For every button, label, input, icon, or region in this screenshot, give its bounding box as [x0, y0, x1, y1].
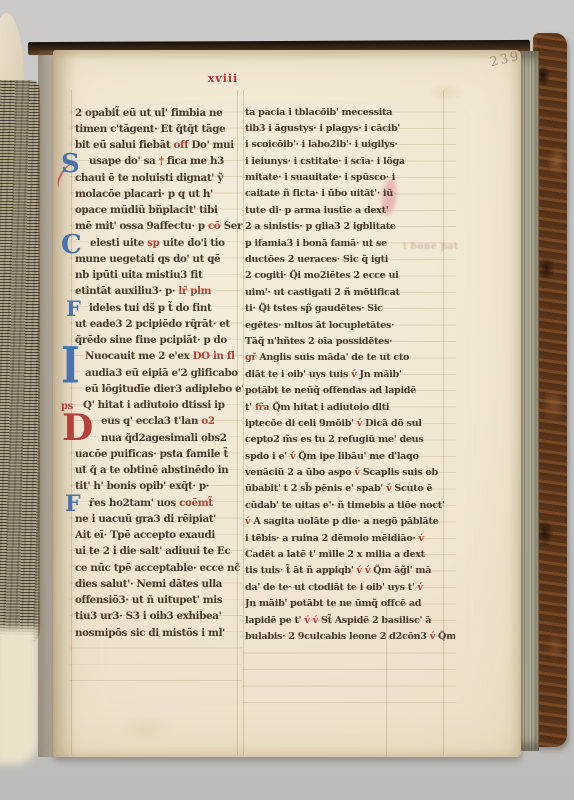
decorated-initial: F — [66, 298, 81, 319]
left-page-bottom-blur — [0, 628, 38, 764]
text-line: gr̃ Anglis suis māda' de te ut cto — [245, 350, 455, 366]
text-line: 2 opabit̃ eū ut ul' fimbia ne — [75, 105, 243, 121]
text-line: ne i uacuū gra3 di rēipiat' — [75, 511, 243, 527]
text-line: i tēbis· a ruina 2 dēmoio mēidiāo· v́ — [245, 531, 455, 547]
text-line: timen c'tāgent· Et q̃tq̃t tāge — [75, 121, 243, 137]
text-line: Tāq̃ n'hñtes 2 oīa possidētes· — [245, 334, 455, 350]
text-line: ce nūc tpē acceptable· ecce nc̃ — [75, 560, 243, 576]
page-heading: xviii — [183, 73, 263, 85]
text-line: nua q̃d2agesimali obs2 — [75, 430, 243, 446]
text-line: molacōe placari· p q ut h' — [75, 186, 243, 202]
ruling-line-vertical — [243, 90, 244, 755]
text-line: ideles tui ds̃ p t̃ do fint — [75, 300, 243, 316]
decorated-initial: I — [61, 341, 79, 391]
text-line: 2 cogiti· Q̃i mo2iētes 2 ecce ui — [245, 268, 455, 284]
text-line: opace mūdiū bñplacit' tibi — [75, 202, 243, 218]
text-line: Cadēt a latē t' mille 2 x milia a dext — [245, 547, 455, 563]
text-line: i ieiunys· i cstitate· i scīa· i lōga — [245, 154, 455, 170]
text-line: da' de te· ut ctodiāt te i oib' uys t' v… — [245, 580, 455, 596]
text-line: tis tuis· t̃ āt ñ appiqb' v́ v́ Q̃m āg̃l… — [245, 563, 455, 579]
text-line: ti· Q̃i tstes sp̃ gaudētes· Sic — [245, 301, 455, 317]
text-line: tute di· p arma iustīe a dext' — [245, 203, 455, 219]
text-line: bit eū salui fiebāt off Do' mui — [75, 137, 243, 153]
text-line: usape do' sa † fica me h3 — [75, 153, 243, 169]
text-line: 2 a sinistis· p glia3 2 igblitate — [245, 219, 455, 235]
text-line: ūbabit' t 2 sb̃ pēnis e' spab' v́ Scuto … — [245, 481, 455, 497]
text-line: nb ipūti uita mistiu3 fit — [75, 267, 243, 283]
text-line: spdo i e' v́ Q̃m ipe libāu' me d'laqo — [245, 449, 455, 465]
folio-number: 239 — [489, 50, 522, 71]
text-line: tiu3 ur3· S3 i oib3 exhibea' — [75, 608, 243, 624]
text-line: potābt te neūq̃ offendas ad lapidē — [245, 383, 455, 399]
text-line: r̃es ho2tam' uos coēmt̃ — [75, 495, 243, 511]
text-line: cūdab' te uitas e'· ñ timebis a tiōe noc… — [245, 498, 455, 514]
text-line: offensiō3· ut ñ uitupet' mis — [75, 592, 243, 608]
text-line: caitate ñ ficta· i ūbo uitāt'· iū — [245, 186, 455, 202]
text-line: mune uegetati qs do' ut qē — [75, 251, 243, 267]
text-line: ta pacia i tblacōib' mecessita — [245, 105, 455, 121]
text-line: cepto2 m̃s es tu 2 refugiū me' deus — [245, 432, 455, 448]
text-line: lapidē pe t' v́ v́ St̃ Aspidē 2 basilisc… — [245, 613, 455, 629]
text-line: mē mit' ossa 9affectu· p cō Ser — [75, 218, 243, 234]
text-line: Ait eī· Tpē accepto exaudi — [75, 527, 243, 543]
text-line: i scoicōib'· i labo2ib'· i uigilys· — [245, 137, 455, 153]
text-line: nosmipōs sic di mistōs i ml' — [75, 625, 243, 641]
manuscript-photo: xviii 239 i bone pat 2 opabit̃ eū ut ul'… — [0, 0, 574, 800]
decorated-initial: S — [61, 151, 79, 177]
text-line: elesti uite sp uite do'i tio — [75, 235, 243, 251]
text-line: ui te 2 i die salt' adiuui te Ec — [75, 543, 243, 559]
text-line: mitate· i suauitate· i spūsco· i — [245, 170, 455, 186]
manuscript-page: xviii 239 i bone pat 2 opabit̃ eū ut ul'… — [53, 50, 521, 757]
text-line: iptecōe di celi 9mōib' v́ Dicā dō sul — [245, 416, 455, 432]
text-line: v́ A sagita uolāte p die· a negō pāblāte — [245, 514, 455, 530]
text-line: ductōes 2 ueraces· Sic q̃ igti — [245, 252, 455, 268]
decorated-initial: C — [61, 232, 81, 258]
text-line: diāt te i oib' uys tuis v́ Jn māib' — [245, 367, 455, 383]
text-line: t' fr̃a Q̃m hitat i adiutoio dlti — [245, 400, 455, 416]
text-line: eus q' eccla3 t'lan o2 — [75, 413, 243, 429]
text-line: tib3 i āgustys· i plagys· i cācib' — [245, 121, 455, 137]
text-line: uim'· ut castigati 2 ñ mōtificat — [245, 285, 455, 301]
decorated-initial: F — [65, 493, 80, 515]
text-line: Jn māib' potābt te ne ūmq̃ offcē ad — [245, 596, 455, 612]
text-line: uacōe puificas· psta famile t̃ — [75, 446, 243, 462]
text-line: chaui ē te noluisti dignat' ỹ — [75, 170, 243, 186]
text-line: audia3 eū eipiā e'2 glificabo — [75, 365, 243, 381]
text-line: eū lōgitudīe dier3 adiplebo e' — [75, 381, 243, 397]
text-line: Nuocauit me 2 e'ex DO in fl — [75, 348, 243, 364]
text-line: dies salut'· Nemi dātes ulla — [75, 576, 243, 592]
text-line: q̃rēdo sine fine pcipiāt· p do — [75, 332, 243, 348]
text-line: Q' hitat i adiutoio dtissi ip — [75, 397, 243, 413]
text-line: tit' h' bonis opib' exq̃t· p· — [75, 478, 243, 494]
text-line: egētes· mltos āt locupletātes· — [245, 318, 455, 334]
text-line: ut eade3 2 pcipiēdo rq̃rāt· et — [75, 316, 243, 332]
text-column-left: 2 opabit̃ eū ut ul' fimbia netimen c'tāg… — [75, 105, 243, 641]
left-page-text-face — [0, 80, 40, 646]
text-line: etintāt auxiliu3· p· lr̃ plm — [75, 283, 243, 299]
text-line: ut q̃ a te obtinē abstinēdo in — [75, 462, 243, 478]
text-line: p ifamia3 i bonā famā· ut se — [245, 236, 455, 252]
decorated-initial: D — [62, 410, 93, 446]
text-line: venāciū 2 a ūbo aspo v́ Scaplis suis ob — [245, 465, 455, 481]
text-line: bulabis· 2 9culcabis leone 2 d2cōn3 v́ Q… — [245, 629, 455, 645]
text-column-right: ta pacia i tblacōib' mecessitatib3 i āgu… — [245, 105, 455, 646]
